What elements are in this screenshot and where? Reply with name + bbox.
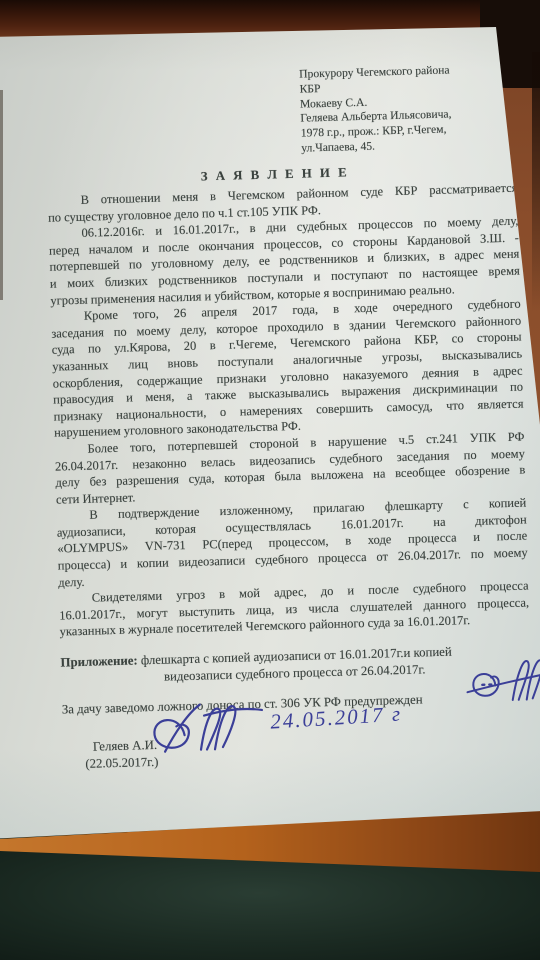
signature-left [146,697,266,766]
paragraph-3: Кроме того, 26 апреля 2017 года, в ходе … [51,296,525,442]
signature-right [464,652,540,710]
paragraph-2: 06.12.2016г. и 16.01.2017г., в дни судеб… [48,213,520,309]
recipient-block: Прокурору Чегемского районаКБРМокаеву С.… [299,62,521,157]
photo-scene: Прокурору Чегемского районаКБРМокаеву С.… [0,0,540,960]
attachment-label: Приложение: [60,653,138,669]
table-right-shadow [532,52,540,312]
paragraph-5: В подтверждение изложенному, прилагаю фл… [56,495,528,591]
document-body: В отношении меня в Чегемском районном су… [47,180,529,641]
